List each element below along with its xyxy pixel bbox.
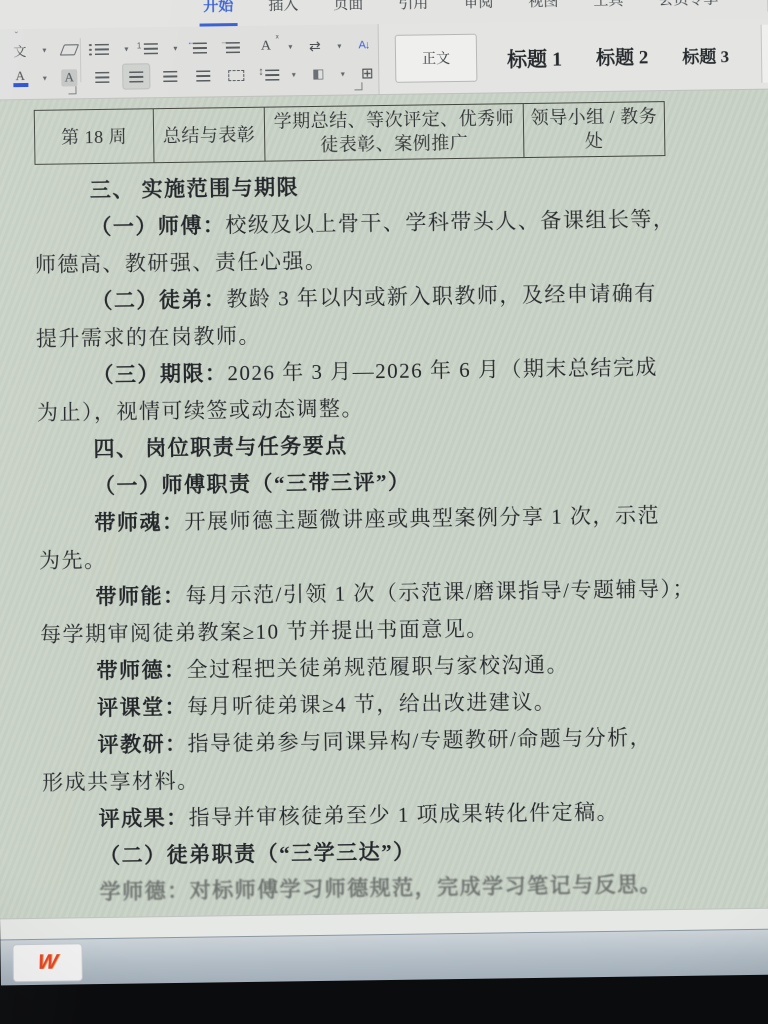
cell-item: 总结与表彰 <box>153 107 265 162</box>
tab-home[interactable]: 开始 <box>199 0 237 27</box>
tab-tools[interactable]: 工具 <box>589 0 627 21</box>
cell-week: 第 18 周 <box>34 109 154 164</box>
align-left-icon[interactable] <box>89 65 115 89</box>
tab-insert[interactable]: 插入 <box>264 0 302 26</box>
tab-reference[interactable]: 引用 <box>394 0 432 24</box>
taskbar: W <box>0 928 768 985</box>
line-spacing-dropdown-icon[interactable] <box>289 62 298 86</box>
decrease-indent-icon[interactable] <box>187 35 213 59</box>
numbered-list-icon[interactable] <box>138 36 164 60</box>
monitor-screen: 开始 插入 页面 引用 审阅 视图 工具 会员专享 A WPS AI <box>0 0 768 985</box>
align-center-icon[interactable] <box>122 63 150 89</box>
justify-icon[interactable] <box>190 63 216 87</box>
style-heading1[interactable]: 标题 1 <box>507 42 562 72</box>
style-heading2[interactable]: 标题 2 <box>596 42 649 70</box>
tab-member[interactable]: 会员专享 <box>654 0 722 20</box>
toolbar-icons <box>0 24 379 99</box>
taskbar-wps-button[interactable]: W <box>12 943 83 982</box>
shading-dropdown-icon[interactable] <box>338 62 347 86</box>
tab-view[interactable]: 视图 <box>524 0 562 22</box>
increase-indent-icon[interactable] <box>220 35 246 59</box>
document-canvas[interactable]: 第 18 周 总结与表彰 学期总结、等次评定、优秀师徒表彰、案例推广 领导小组 … <box>0 90 768 919</box>
dialog-launcher-icon[interactable] <box>354 82 362 90</box>
numbered-list-dropdown-icon[interactable] <box>171 36 180 60</box>
style-gallery: 正文 标题 1 标题 2 标题 3 <box>378 19 768 95</box>
style-normal[interactable]: 正文 <box>395 34 478 83</box>
cell-owner: 领导小组 / 教务处 <box>523 102 665 158</box>
change-case-dropdown-icon[interactable] <box>335 34 344 58</box>
tab-review[interactable]: 审阅 <box>459 0 497 23</box>
phonetic-guide-icon[interactable] <box>7 38 33 62</box>
document-text[interactable]: 三、 实施范围与期限 （一）师傅：校级及以上骨干、学科带头人、备课组长等， 师德… <box>0 162 768 913</box>
tab-page[interactable]: 页面 <box>329 0 367 25</box>
text-effect-icon[interactable] <box>253 34 279 58</box>
wps-logo-icon: W <box>37 951 59 975</box>
align-right-icon[interactable] <box>157 64 183 88</box>
change-case-icon[interactable] <box>302 34 328 58</box>
bullet-list-icon[interactable] <box>89 37 115 61</box>
shading-icon[interactable] <box>305 62 331 86</box>
font-color-dropdown-icon[interactable] <box>40 66 49 90</box>
line-spacing-icon[interactable] <box>256 62 282 86</box>
distribute-icon[interactable] <box>223 63 249 87</box>
sort-icon[interactable] <box>351 33 377 57</box>
font-color-icon[interactable] <box>7 66 33 90</box>
clear-format-icon[interactable] <box>56 37 82 61</box>
phonetic-guide-dropdown-icon[interactable] <box>40 38 49 62</box>
text-effect-dropdown-icon[interactable] <box>286 34 295 58</box>
style-heading3[interactable]: 标题 3 <box>682 42 729 68</box>
table-row: 第 18 周 总结与表彰 学期总结、等次评定、优秀师徒表彰、案例推广 领导小组 … <box>34 102 665 164</box>
menubar-right: A WPS AI <box>751 0 768 19</box>
schedule-table: 第 18 周 总结与表彰 学期总结、等次评定、优秀师徒表彰、案例推广 领导小组 … <box>34 101 666 164</box>
toolbar: 正文 标题 1 标题 2 标题 3 <box>0 19 768 101</box>
cell-content: 学期总结、等次评定、优秀师徒表彰、案例推广 <box>264 104 524 161</box>
gallery-scroll[interactable] <box>761 25 768 83</box>
bullet-list-dropdown-icon[interactable] <box>122 37 131 61</box>
dialog-launcher-icon[interactable] <box>68 86 76 94</box>
